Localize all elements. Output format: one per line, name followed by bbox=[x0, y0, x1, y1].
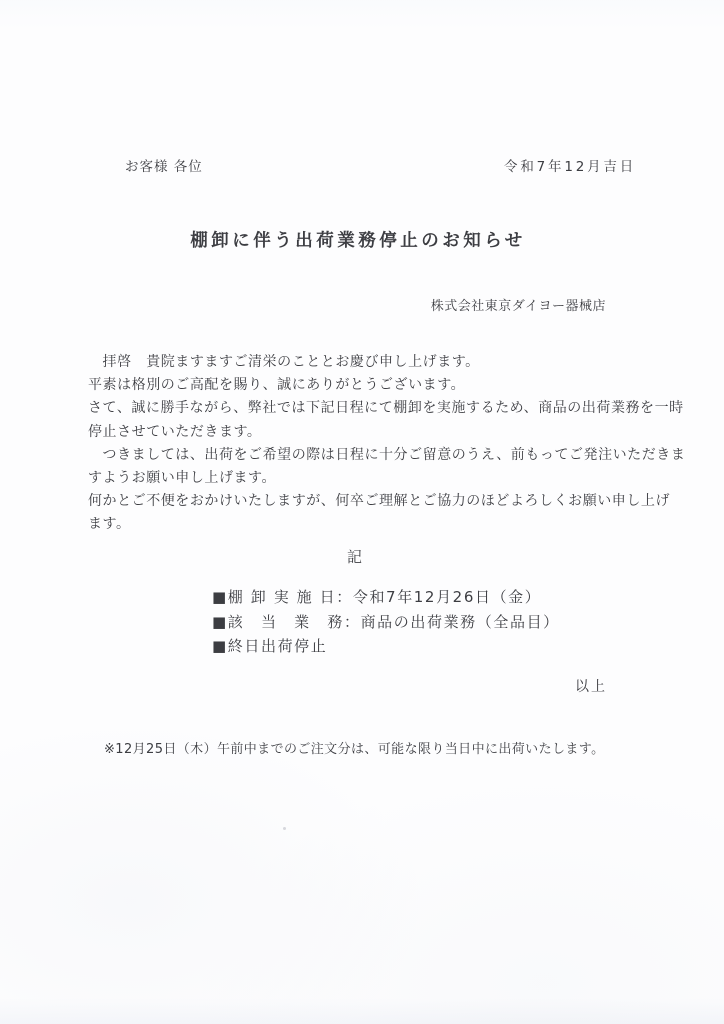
record-marker: 記 bbox=[0, 546, 710, 567]
recipient-line: お客様 各位 bbox=[125, 155, 203, 175]
notice-items: ■棚 卸 実 施 日：令和7年12月26日（金） ■該 当 業 務：商品の出荷業… bbox=[212, 585, 560, 659]
body-line: 拝啓 貴院ますますご清栄のこととお慶び申し上げます。 bbox=[88, 351, 644, 374]
footnote-line: ※12月25日（木）午前中までのご注文分は、可能な限り当日中に出荷いたします。 bbox=[104, 738, 605, 757]
letter-body: 拝啓 貴院ますますご清栄のこととお慶び申し上げます。 平素は格別のご高配を賜り、… bbox=[88, 351, 644, 537]
body-line: 何かとご不便をおかけいたしますが、何卒ご理解とご協力のほどよろしくお願い申し上げ bbox=[88, 490, 644, 513]
company-name: 株式会社東京ダイヨー器械店 bbox=[431, 295, 606, 314]
notice-title: 棚卸に伴う出荷業務停止のお知らせ bbox=[0, 227, 716, 252]
date-line: 令和7年12月吉日 bbox=[504, 155, 636, 175]
body-line: ます。 bbox=[88, 513, 644, 536]
scan-speck bbox=[283, 827, 286, 830]
notice-item-affected-operations: ■該 当 業 務：商品の出荷業務（全品目） bbox=[212, 610, 560, 635]
body-line: すようお願い申し上げます。 bbox=[88, 467, 644, 490]
notice-item-all-day-stop: ■終日出荷停止 bbox=[212, 634, 560, 659]
scanned-letter-page: お客様 各位 令和7年12月吉日 棚卸に伴う出荷業務停止のお知らせ 株式会社東京… bbox=[0, 0, 724, 1024]
body-line: 平素は格別のご高配を賜り、誠にありがとうございます。 bbox=[88, 374, 644, 397]
body-line: つきましては、出荷をご希望の際は日程に十分ご留意のうえ、前もってご発注いただきま bbox=[88, 444, 644, 467]
notice-item-inventory-date: ■棚 卸 実 施 日：令和7年12月26日（金） bbox=[212, 585, 560, 610]
body-line: 停止させていただきます。 bbox=[88, 421, 644, 444]
body-line: さて、誠に勝手ながら、弊社では下記日程にて棚卸を実施するため、商品の出荷業務を一… bbox=[88, 397, 644, 420]
closing-word: 以上 bbox=[575, 676, 607, 696]
